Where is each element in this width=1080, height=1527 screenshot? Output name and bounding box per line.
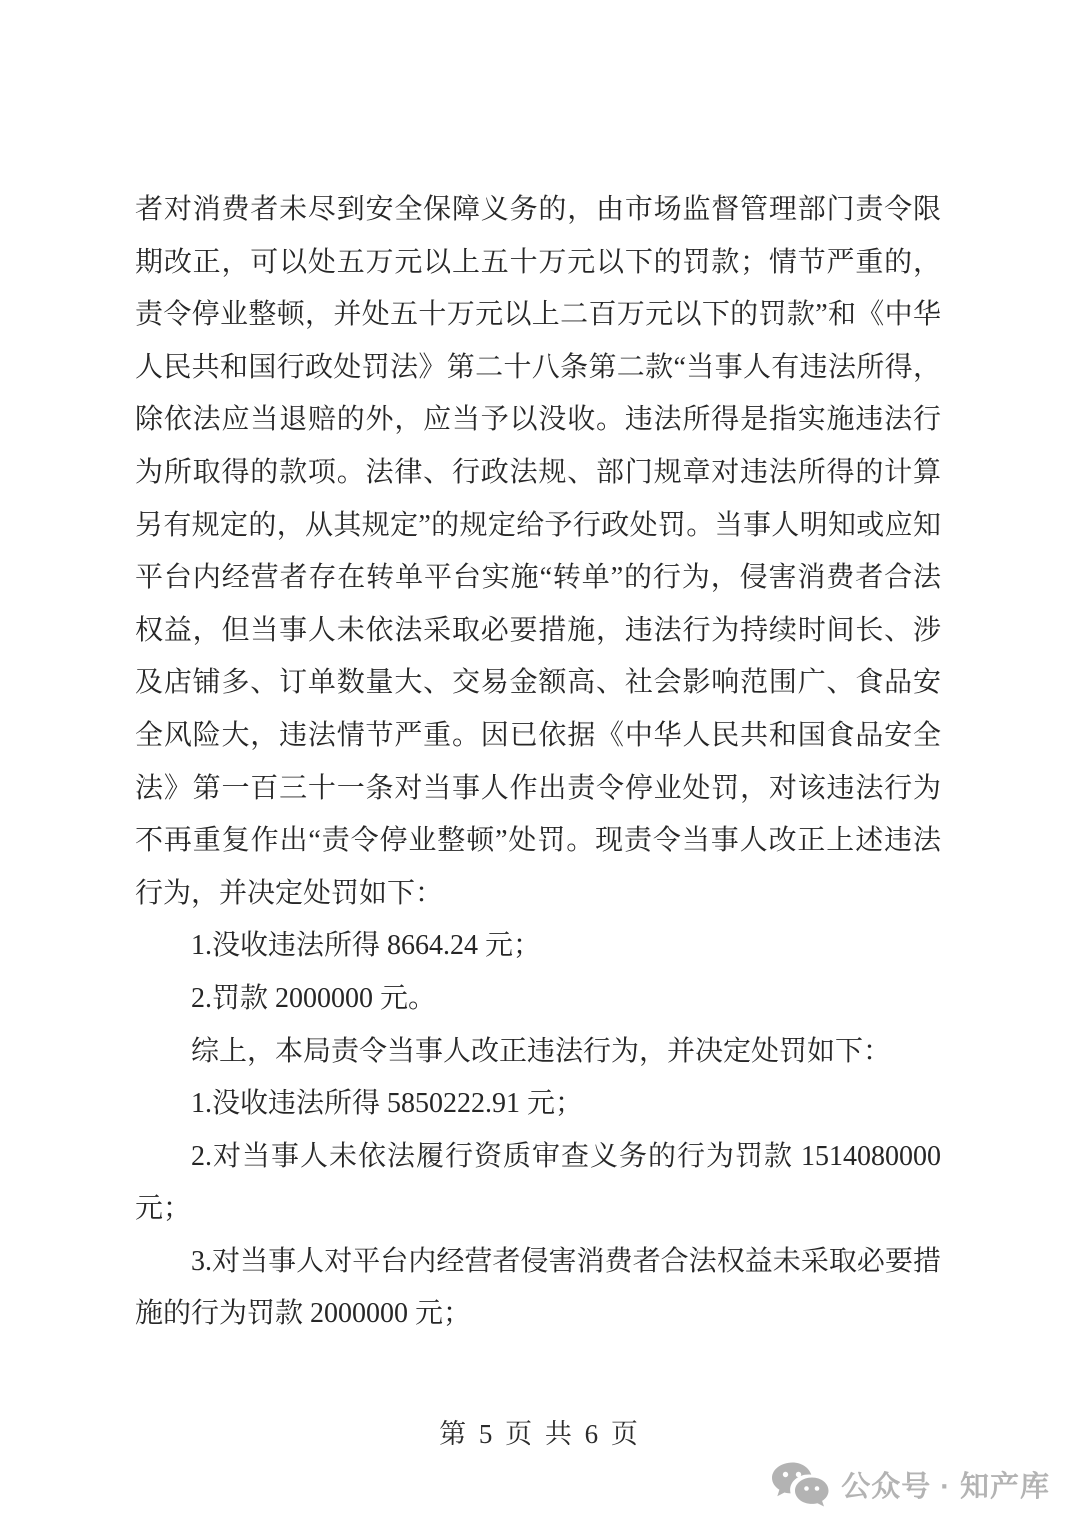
paragraph: 1.没收违法所得 5850222.91 元； [135, 1078, 941, 1131]
paragraph: 者对消费者未尽到安全保障义务的，由市场监督管理部门责令限期改正，可以处五万元以上… [135, 184, 941, 920]
wechat-icon [770, 1461, 832, 1507]
paragraph: 1.没收违法所得 8664.24 元； [135, 920, 941, 973]
paragraph: 2.对当事人未依法履行资质审查义务的行为罚款 1514080000 元； [135, 1131, 941, 1236]
document-body: 者对消费者未尽到安全保障义务的，由市场监督管理部门责令限期改正，可以处五万元以上… [135, 184, 941, 1341]
document-page: 者对消费者未尽到安全保障义务的，由市场监督管理部门责令限期改正，可以处五万元以上… [0, 0, 1080, 1527]
paragraph: 3.对当事人对平台内经营者侵害消费者合法权益未采取必要措施的行为罚款 20000… [135, 1236, 941, 1341]
wechat-watermark: 公众号 · 知产库 [770, 1461, 1050, 1507]
watermark-label: 公众号 · 知产库 [841, 1464, 1050, 1505]
page-number: 第 5 页 共 6 页 [0, 1412, 1080, 1451]
paragraph: 综上，本局责令当事人改正违法行为，并决定处罚如下： [135, 1026, 941, 1079]
paragraph: 2.罚款 2000000 元。 [135, 973, 941, 1026]
